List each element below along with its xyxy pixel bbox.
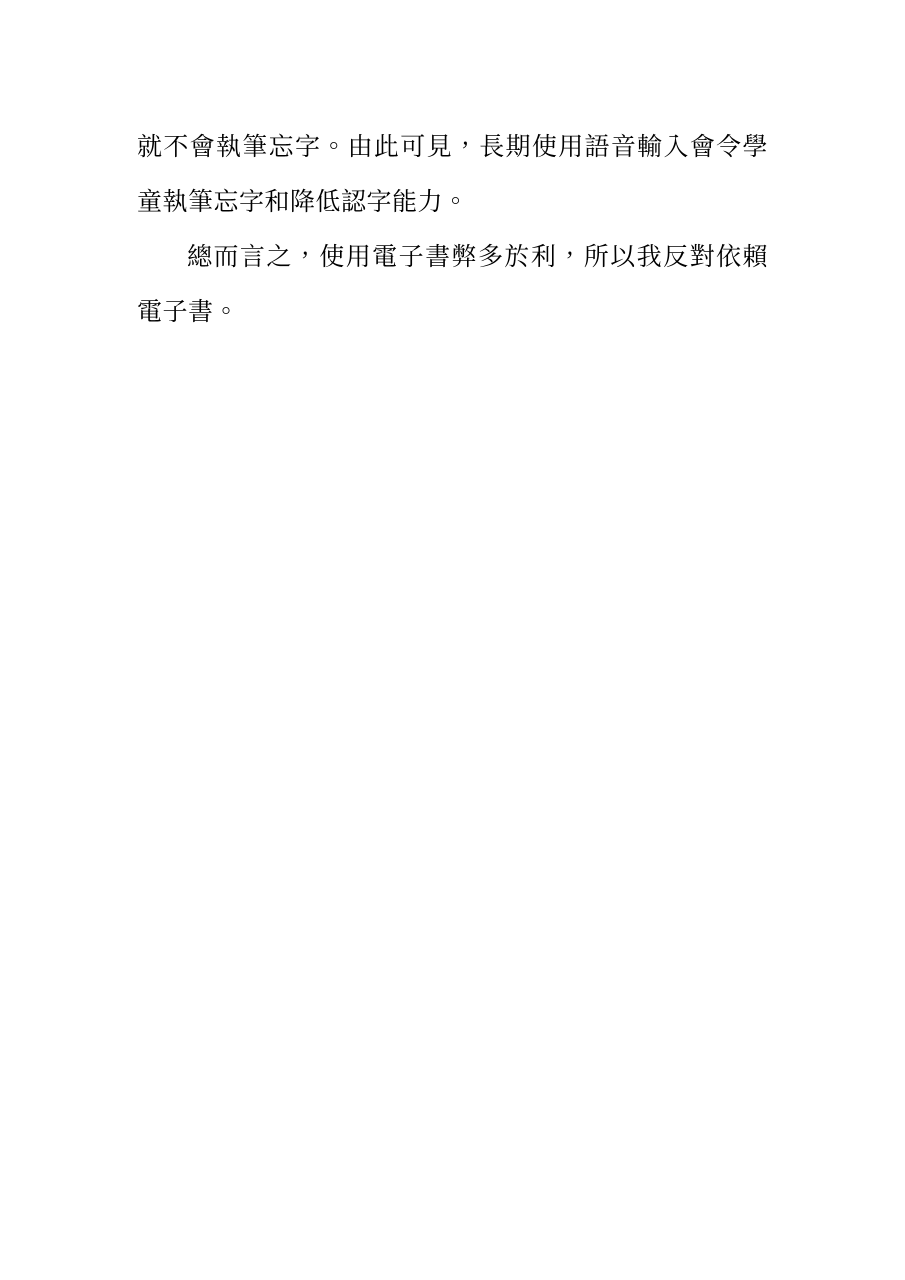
paragraph-conclusion: 總而言之，使用電子書弊多於利，所以我反對依賴電子書。 — [137, 230, 768, 340]
document-page: 就不會執筆忘字。由此可見，長期使用語音輸入會令學童執筆忘字和降低認字能力。 總而… — [0, 0, 905, 1280]
paragraph-continuation: 就不會執筆忘字。由此可見，長期使用語音輸入會令學童執筆忘字和降低認字能力。 — [137, 120, 768, 230]
